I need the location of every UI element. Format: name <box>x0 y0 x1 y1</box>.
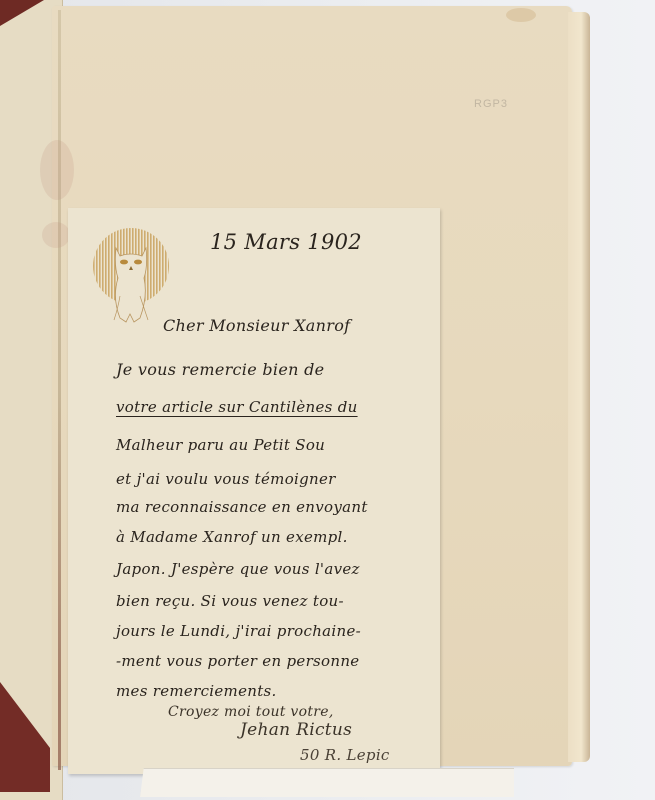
letter-line: et j'ai voulu vous témoigner <box>116 470 336 488</box>
letter-line: mes remerciements. <box>116 682 277 700</box>
letter-date: 15 Mars 1902 <box>210 230 362 254</box>
display-stand <box>140 768 514 797</box>
book-gutter <box>58 10 61 770</box>
cover-corner-top <box>0 0 44 26</box>
letter-salutation: Cher Monsieur Xanrof <box>163 316 350 335</box>
letter-line: Malheur paru au Petit Sou <box>116 436 325 454</box>
corner-stain <box>506 8 536 22</box>
letter-line: Japon. J'espère que vous l'avez <box>116 560 360 578</box>
letter-line: bien reçu. Si vous venez tou- <box>116 592 344 610</box>
water-stain <box>40 140 74 200</box>
owl-moon-icon <box>90 226 172 326</box>
letter-signature: Jehan Rictus <box>240 720 352 740</box>
letter-address: 50 R. Lepic <box>300 746 390 764</box>
photo-scene: RGP3 15 Mars 1902 Cher Monsieur Xanrof J… <box>0 0 655 800</box>
letter-line: votre article sur Cantilènes du <box>116 398 358 416</box>
shelfmark-label: RGP3 <box>474 98 508 110</box>
letter-line: -ment vous porter en personne <box>116 652 360 670</box>
page-edge <box>568 12 590 762</box>
letter-line: Je vous remercie bien de <box>116 360 324 379</box>
letter-line: ma reconnaissance en envoyant <box>116 498 368 516</box>
letter-closing: Croyez moi tout votre, <box>168 704 334 720</box>
water-stain <box>42 222 70 248</box>
letter-line: à Madame Xanrof un exempl. <box>116 528 348 546</box>
letter-line: jours le Lundi, j'irai prochaine- <box>116 622 361 640</box>
letter-card: 15 Mars 1902 Cher Monsieur Xanrof Je vou… <box>68 208 440 774</box>
